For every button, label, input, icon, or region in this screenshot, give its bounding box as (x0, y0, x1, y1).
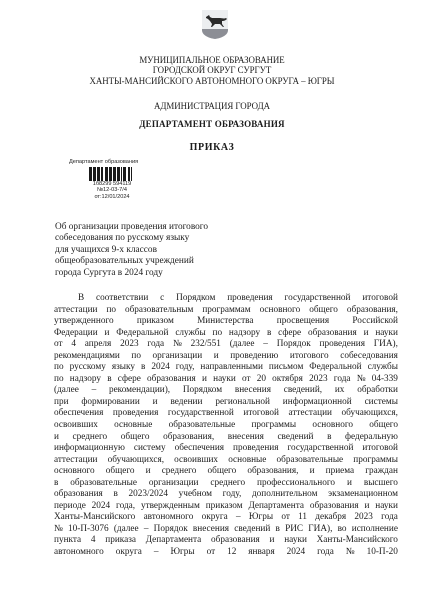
body-word: Порядком (176, 293, 215, 305)
body-word: формировании (81, 397, 139, 409)
body-word: и (214, 351, 219, 363)
body-word: сфере (118, 374, 141, 386)
body-word: года (147, 339, 164, 351)
body-word: образования, (247, 466, 298, 478)
body-word: года, (116, 501, 135, 513)
body-word: года (317, 547, 334, 559)
body-word: Порядком (183, 385, 222, 397)
body-line: информационнуюсистемуобеспеченияпроведен… (54, 443, 398, 455)
body-line: Ханты-Мансийскогоавтономногоокруга–Югрыо… (54, 512, 398, 524)
barcode-icon (89, 167, 133, 181)
body-word: приказом (137, 316, 174, 328)
body-word: среднего (73, 432, 108, 444)
body-word: аттестации (54, 455, 98, 467)
body-line: (далее–рекомендации),Порядкомвнесениясве… (54, 385, 398, 397)
body-word: 4 (71, 339, 76, 351)
body-word: ведении (170, 397, 202, 409)
body-word: информационной (283, 397, 352, 409)
body-line: №10-П-3076(далее–Порядоквнесениясведений… (54, 524, 398, 536)
body-word: периоде (54, 501, 86, 513)
body-word: итоговой (362, 293, 398, 305)
body-word: в (267, 328, 271, 340)
body-word: 2023 (354, 512, 373, 524)
body-word: во (338, 524, 347, 536)
body-word: января (248, 547, 274, 559)
body-word: образования, (163, 432, 214, 444)
body-word: и (364, 501, 369, 513)
body-word: – (92, 385, 97, 397)
body-word: науки (375, 501, 398, 513)
barcode-number: 1б8299 594119 (67, 181, 157, 188)
document-number: №12-03-7/4 (67, 187, 157, 194)
body-word: внесения (193, 524, 229, 536)
body-word: и (364, 328, 369, 340)
body-word: среднего (210, 478, 245, 490)
body-word: общего (369, 420, 398, 432)
body-word: 232/551 (191, 339, 221, 351)
body-word: итоговой (362, 443, 398, 455)
body-word: аттестации (289, 408, 333, 420)
body-word: с (160, 293, 164, 305)
body-word: октября (272, 374, 303, 386)
body-word: ГИА), (374, 339, 398, 351)
body-word: итогового (290, 351, 329, 363)
body-word: автономного (144, 512, 194, 524)
body-line: ВсоответствиисПорядкомпроведениягосударс… (54, 293, 398, 305)
body-word: высшего (364, 478, 398, 490)
body-word: – (144, 524, 149, 536)
body-word: 4 (91, 535, 96, 547)
body-word: региональной (215, 397, 270, 409)
body-line: автономногоокруга–Югрыот12января2024года… (54, 547, 398, 559)
body-line: вобразовательныеорганизациисреднегопрофе… (54, 478, 398, 490)
body-line: основногообщегоисреднегообщегообразовани… (54, 466, 398, 478)
body-line: аттестацииобучающихся,освоившихосновныео… (54, 455, 398, 467)
body-word: автономного (54, 547, 104, 559)
body-word: образования (308, 328, 357, 340)
body-word: и (153, 397, 158, 409)
body-word: надзору (229, 328, 260, 340)
body-word: проведения (233, 443, 278, 455)
body-word: граждан (365, 466, 398, 478)
body-word: образования (54, 489, 103, 501)
body-word: их (335, 385, 345, 397)
body-word: науки (284, 535, 307, 547)
body-word: просвещения (277, 316, 329, 328)
body-word: в (276, 524, 280, 536)
body-word: общего (121, 432, 150, 444)
body-word: в (141, 362, 145, 374)
body-word: образовательные (70, 478, 137, 490)
body-word: основного (54, 466, 95, 478)
body-word: систему (134, 443, 166, 455)
body-word: сведений (234, 524, 270, 536)
body-word: в (327, 432, 331, 444)
body-word: и (310, 466, 315, 478)
body-word: проведения (320, 339, 365, 351)
body-line: ФедерациииФедеральнойслужбыпонадзорувсфе… (54, 328, 398, 340)
body-word: в (54, 478, 58, 490)
body-word: государственной (285, 293, 351, 305)
document-page: МУНИЦИПАЛЬНОЕ ОБРАЗОВАНИЕ ГОРОДСКОЙ ОКРУ… (0, 0, 424, 599)
body-word: 2024 (92, 501, 111, 513)
body-word: – (154, 547, 159, 559)
body-word: Министерства (197, 316, 253, 328)
body-word: и (104, 328, 109, 340)
body-word: программы (353, 455, 398, 467)
body-word: службы (368, 362, 398, 374)
document-body: ВсоответствиисПорядкомпроведениягосударс… (54, 293, 398, 559)
body-word: от (54, 339, 63, 351)
body-word: по (54, 362, 64, 374)
body-word: 20 (257, 374, 266, 386)
body-word: и (347, 478, 352, 490)
body-word: образования (211, 535, 260, 547)
body-word: 11 (298, 512, 307, 524)
body-line: освоившихосновныеобразовательныепрограмм… (54, 420, 398, 432)
body-word: образования (147, 374, 196, 386)
body-word: образовательным (125, 305, 193, 317)
body-word: основные (114, 420, 152, 432)
subject-line: города Сургута в 2024 году (55, 268, 208, 279)
body-word: по (106, 305, 116, 317)
body-word: русскому (70, 362, 106, 374)
body-word: образовательные (277, 455, 344, 467)
body-word: (далее (114, 524, 139, 536)
body-line: образованияв2023/2024учебномгоду,дополни… (54, 489, 398, 501)
body-line: приформированиииведениирегиональнойинфор… (54, 397, 398, 409)
surgut-coat-of-arms-icon (200, 8, 230, 40)
body-line: аттестациипообразовательнымпрограммамосн… (54, 305, 398, 317)
body-word: и (54, 432, 59, 444)
document-subject: Об организации проведения итогового собе… (55, 222, 208, 279)
body-word: приказа (105, 535, 136, 547)
body-word: профессионального (257, 478, 335, 490)
body-word: Ханты-Мансийского (54, 512, 135, 524)
body-word: № (54, 524, 63, 536)
body-word: округа (116, 547, 142, 559)
body-word: Федерации (54, 328, 98, 340)
body-word: утвержденным (141, 501, 200, 513)
body-word: Югры (249, 512, 273, 524)
body-word: аттестации (54, 305, 98, 317)
body-word: 2023/2024 (128, 489, 168, 501)
body-word: основного (260, 305, 301, 317)
body-word: общего (309, 305, 338, 317)
body-word: Федеральной (116, 328, 168, 340)
body-word: № (357, 374, 366, 386)
body-word: федеральную (345, 432, 398, 444)
body-word: рекомендациями (54, 351, 120, 363)
body-word: № (346, 547, 355, 559)
body-line: обеспеченияпроведениягосударственнойитог… (54, 408, 398, 420)
body-word: обработки (357, 385, 398, 397)
body-word: надзору (70, 374, 101, 386)
body-line: пункта4приказаДепартаментаобразованияина… (54, 535, 398, 547)
body-word: 12 (227, 547, 236, 559)
body-word: проведению (230, 351, 278, 363)
body-word: утвержденного (54, 316, 114, 328)
body-word: образования, (347, 305, 398, 317)
body-word: общего (207, 466, 236, 478)
body-word: проведения (227, 293, 272, 305)
body-word: науки (375, 328, 398, 340)
department-title: ДЕПАРТАМЕНТ ОБРАЗОВАНИЯ (0, 119, 424, 129)
body-word: по (131, 351, 141, 363)
body-word: апреля (85, 339, 112, 351)
body-line: исреднегообщегообразования,внесениясведе… (54, 432, 398, 444)
body-word: системы (365, 397, 398, 409)
body-word: 04-339 (372, 374, 398, 386)
body-word: организации (149, 478, 199, 490)
body-line: утвержденногоприказомМинистерствапросвещ… (54, 316, 398, 328)
body-word: – (236, 512, 241, 524)
body-word: (далее (54, 385, 79, 397)
subject-line: собеседования по русскому языку (55, 233, 208, 244)
body-word: в (107, 374, 111, 386)
body-word: Департамента (248, 501, 304, 513)
body-line: понадзорувсфереобразованияинаукиот20октя… (54, 374, 398, 386)
body-word: Порядок (277, 339, 311, 351)
body-word: году, (223, 489, 242, 501)
body-word: программы (251, 420, 296, 432)
body-word: Ханты-Мансийского (317, 535, 398, 547)
body-word: – (263, 339, 268, 351)
body-word: сведений, (284, 385, 322, 397)
body-word: и (202, 374, 207, 386)
body-word: освоивших (54, 420, 98, 432)
municipality-line: ГОРОДСКОЙ ОКРУГ СУРГУТ (0, 65, 424, 75)
body-line: периоде2024года,утвержденнымприказомДепа… (54, 501, 398, 513)
body-line: от4апреля2023года№232/551(далее–Порядокп… (54, 339, 398, 351)
body-word: письмом (269, 362, 303, 374)
body-word: науки (213, 374, 236, 386)
body-word: ГИА), (308, 524, 332, 536)
body-word: образовательные (169, 420, 236, 432)
body-word: основные (228, 455, 266, 467)
municipality-line: МУНИЦИПАЛЬНОЕ ОБРАЗОВАНИЕ (0, 55, 424, 65)
body-word: 10-П-20 (367, 547, 398, 559)
body-word: итоговой (243, 408, 279, 420)
body-word: по (54, 374, 64, 386)
body-word: проведения (113, 408, 158, 420)
subject-line: общеобразовательных учреждений (55, 256, 208, 267)
body-word: исполнение (352, 524, 398, 536)
body-word: информационную (54, 443, 125, 455)
body-word: и (146, 466, 151, 478)
body-word: Департамента (146, 535, 202, 547)
body-word: Югры (170, 547, 194, 559)
body-word: среднего (162, 466, 197, 478)
body-word: общего (106, 466, 135, 478)
body-word: внесения (235, 385, 271, 397)
body-word: дополнительном (252, 489, 318, 501)
body-line: рекомендациямипоорганизацииипроведениюит… (54, 351, 398, 363)
body-word: (далее (230, 339, 255, 351)
body-word: № (173, 339, 182, 351)
body-line: порусскомуязыкув2024году,направленнымипи… (54, 362, 398, 374)
stamp-department: Департамент образования (67, 159, 157, 166)
body-word: округа (202, 512, 228, 524)
body-word: 2023 (309, 374, 328, 386)
body-word: 2024 (287, 547, 306, 559)
subject-line: Об организации проведения итогового (55, 222, 208, 233)
body-word: службы (175, 328, 205, 340)
body-word: приема (326, 466, 355, 478)
body-word: государственной (287, 443, 353, 455)
body-word: года (334, 374, 351, 386)
body-word: обучающихся, (342, 408, 398, 420)
body-word: декабря (315, 512, 346, 524)
body-word: собеседования (340, 351, 398, 363)
body-word: 10-П-3076 (68, 524, 109, 536)
body-word: от (207, 547, 216, 559)
body-word: 2024 (151, 362, 170, 374)
body-word: обеспечения (175, 443, 224, 455)
body-word: по (213, 328, 223, 340)
body-word: Порядок (154, 524, 188, 536)
body-word: сфере (278, 328, 301, 340)
registration-stamp: Департамент образования 1б8299 5 (67, 159, 157, 200)
body-word: организации (153, 351, 203, 363)
body-word: обучающихся, (108, 455, 164, 467)
body-word: учебном (179, 489, 212, 501)
body-word: направленными (200, 362, 263, 374)
body-word: в (113, 489, 117, 501)
body-word: РИС (285, 524, 303, 536)
subject-line: для учащихся 9-х классов (55, 245, 208, 256)
body-word: рекомендации), (109, 385, 170, 397)
body-word: экзаменационном (328, 489, 398, 501)
document-type-title: ПРИКАЗ (0, 142, 424, 153)
body-word: обеспечения (54, 408, 103, 420)
body-word: сведений (277, 432, 313, 444)
body-word: языку (112, 362, 135, 374)
body-word: программам (202, 305, 250, 317)
body-word: освоивших (174, 455, 218, 467)
body-word: приказом (206, 501, 243, 513)
body-word: году, (176, 362, 195, 374)
body-word: государственной (168, 408, 234, 420)
body-word: от (281, 512, 290, 524)
body-word: и (270, 535, 275, 547)
municipality-header: МУНИЦИПАЛЬНОЕ ОБРАЗОВАНИЕ ГОРОДСКОЙ ОКРУ… (0, 55, 424, 86)
body-word: 2023 (120, 339, 139, 351)
administration-title: АДМИНИСТРАЦИЯ ГОРОДА (0, 101, 424, 111)
body-word: В (78, 293, 84, 305)
body-word: при (54, 397, 69, 409)
body-word: образования (310, 501, 359, 513)
body-word: от (242, 374, 251, 386)
body-word: пункта (54, 535, 81, 547)
body-word: основного (312, 420, 353, 432)
body-word: внесения (228, 432, 264, 444)
body-word: соответствии (96, 293, 148, 305)
body-word: Российской (352, 316, 398, 328)
body-word: Федеральной (309, 362, 361, 374)
document-date: от:12/01/2024 (67, 194, 157, 201)
body-word: года (381, 512, 398, 524)
municipality-line: ХАНТЫ-МАНСИЙСКОГО АВТОНОМНОГО ОКРУГА – Ю… (0, 76, 424, 86)
